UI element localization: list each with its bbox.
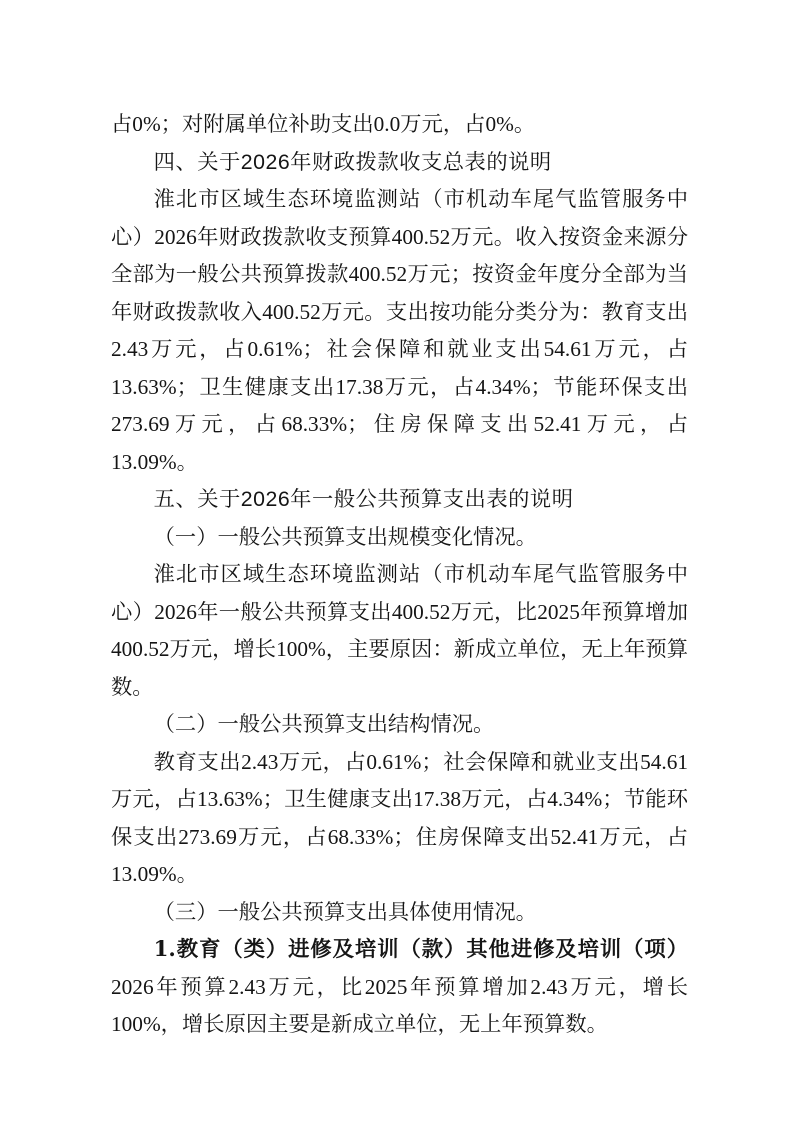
item-1-lead-bold: 1.教育（类）进修及培训（款）其他进修及培训（项） [154, 937, 688, 962]
subsection-heading-3: （三）一般公共预算支出具体使用情况。 [111, 894, 688, 932]
item-1-paragraph: 1.教育（类）进修及培训（款）其他进修及培训（项）2026年预算2.43万元，比… [111, 931, 688, 1044]
section-iv-paragraph: 淮北市区域生态环境监测站（市机动车尾气监管服务中心）2026年财政拨款收支预算4… [111, 181, 688, 481]
carryover-paragraph: 占0%；对附属单位补助支出0.0万元，占0%。 [111, 106, 688, 144]
section-heading-iv: 四、关于2026年财政拨款收支总表的说明 [111, 144, 688, 182]
subsection-2-paragraph: 教育支出2.43万元，占0.61%；社会保障和就业支出54.61万元，占13.6… [111, 744, 688, 894]
subsection-1-paragraph: 淮北市区域生态环境监测站（市机动车尾气监管服务中心）2026年一般公共预算支出4… [111, 556, 688, 706]
subsection-heading-1: （一）一般公共预算支出规模变化情况。 [111, 519, 688, 557]
section-heading-v: 五、关于2026年一般公共预算支出表的说明 [111, 481, 688, 519]
a4-document-page: 占0%；对附属单位补助支出0.0万元，占0%。 四、关于2026年财政拨款收支总… [0, 0, 793, 1122]
document-text-area: 占0%；对附属单位补助支出0.0万元，占0%。 四、关于2026年财政拨款收支总… [111, 106, 688, 1044]
subsection-heading-2: （二）一般公共预算支出结构情况。 [111, 706, 688, 744]
item-1-text: 2026年预算2.43万元，比2025年预算增加2.43万元，增长100%，增长… [111, 975, 688, 1037]
